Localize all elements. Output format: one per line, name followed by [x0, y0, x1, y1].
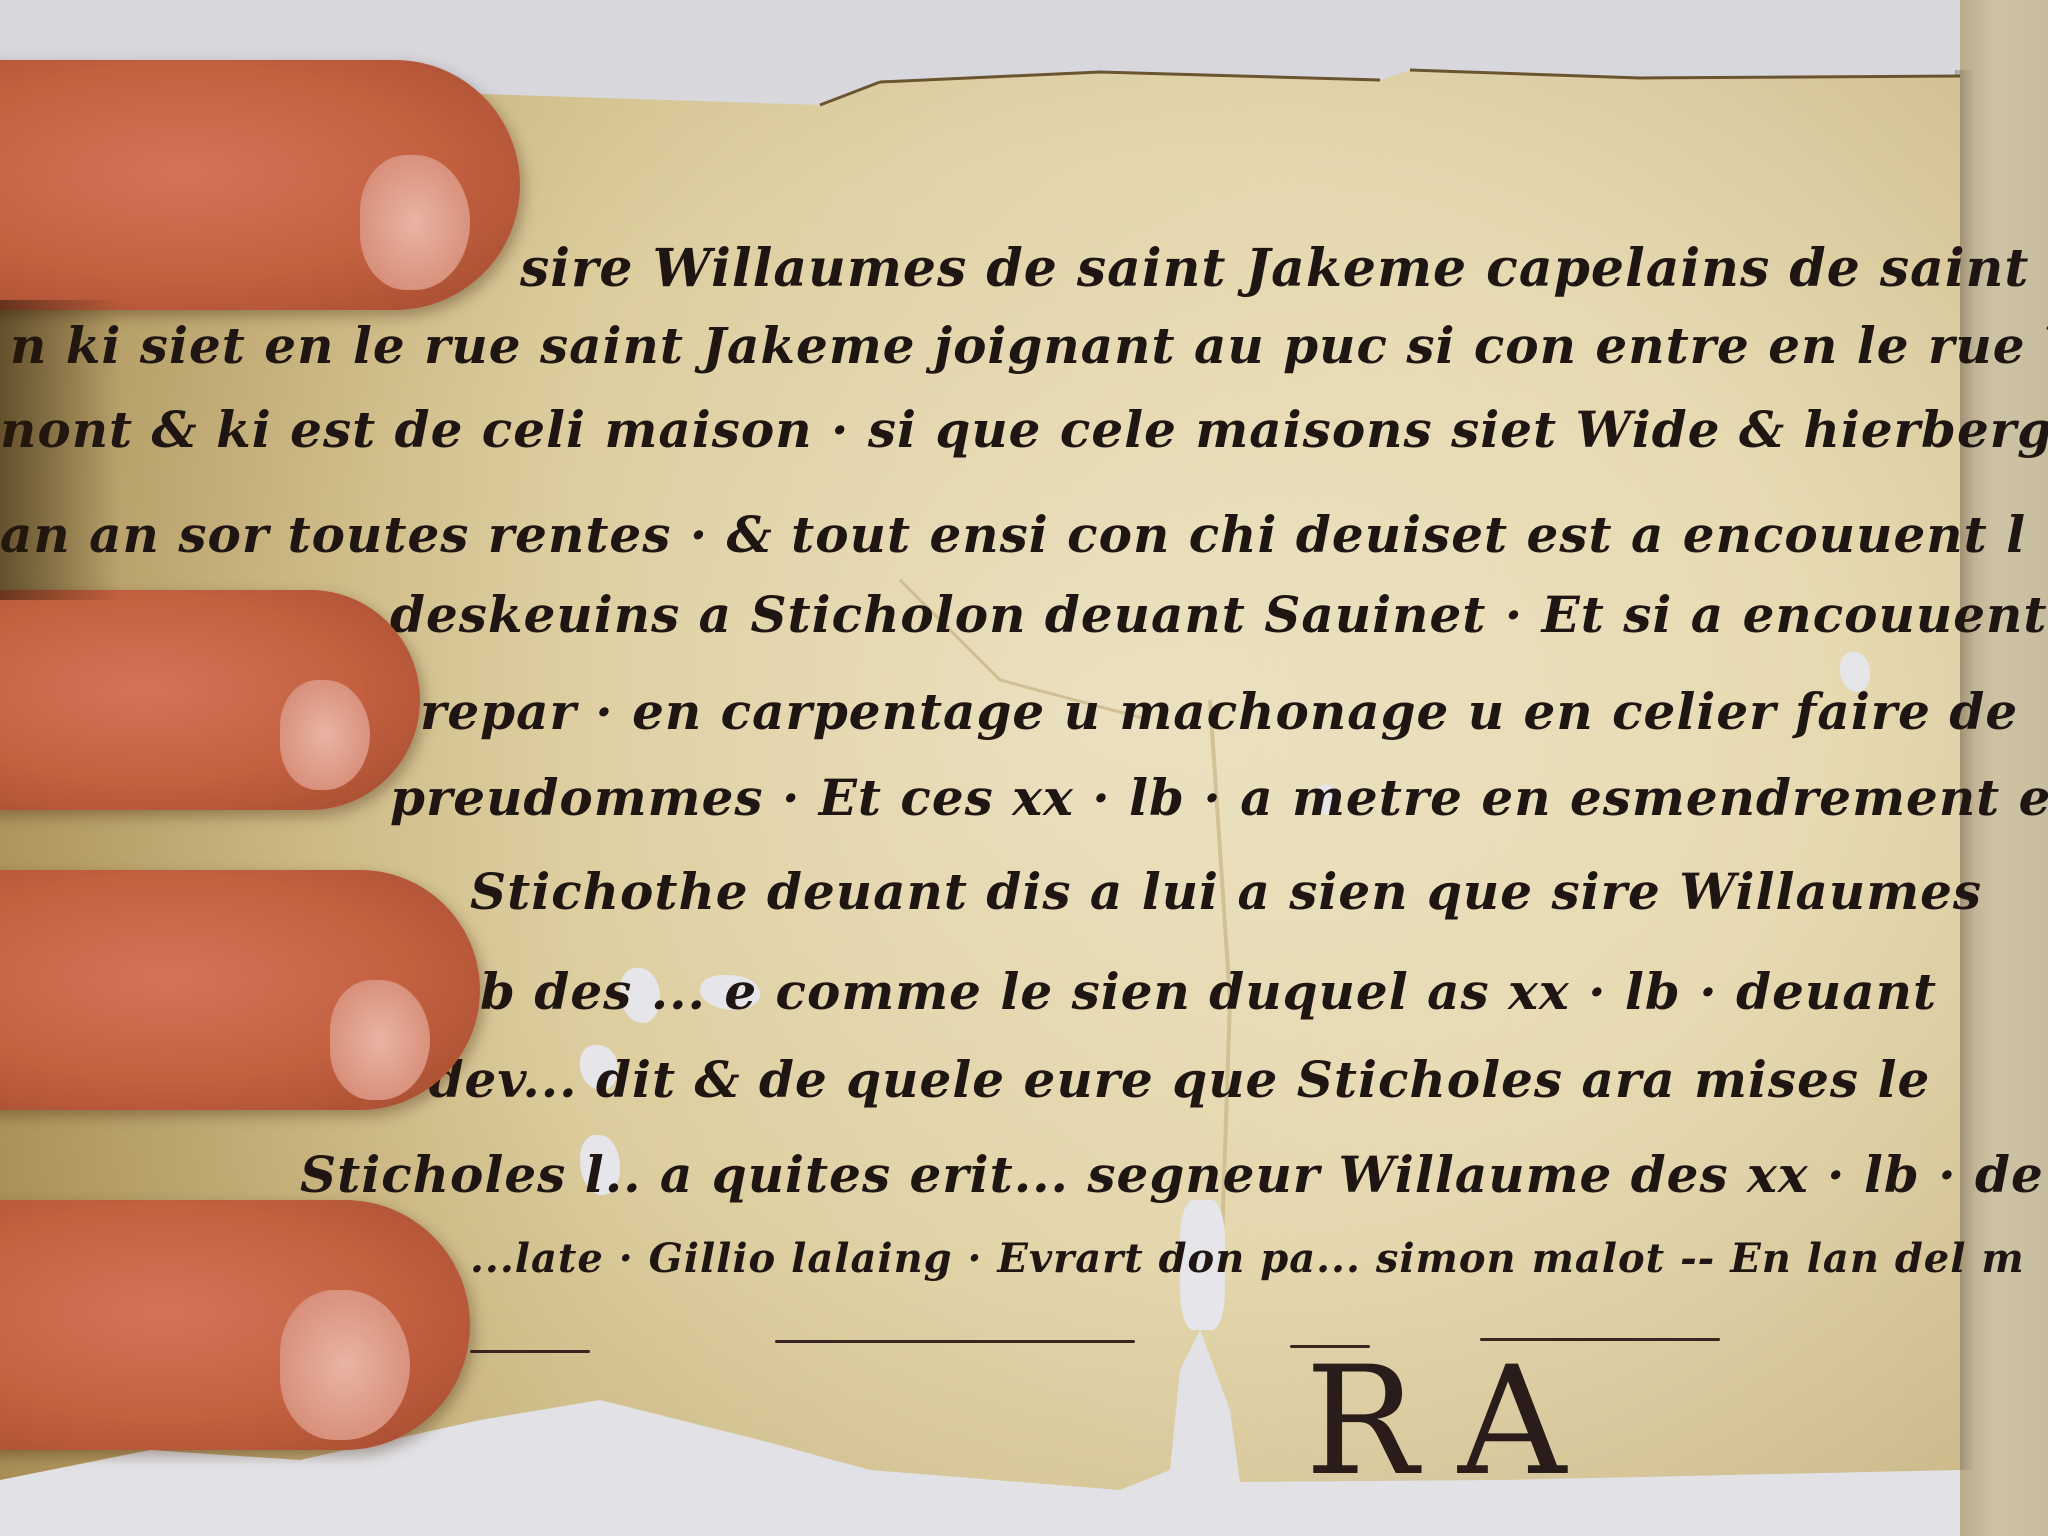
text-line-8: Stichothe deuant dis a lui a sien que si… [470, 862, 1982, 921]
text-line-4: an an sor toutes rentes · & tout ensi co… [0, 505, 2026, 564]
text-line-2: n ki siet en le rue saint Jakeme joignan… [10, 316, 2048, 375]
text-line-12: ...late · Gillio lalaing · Evrart don pa… [470, 1235, 2025, 1282]
finger-ring [0, 870, 480, 1110]
fingernail [360, 155, 470, 290]
text-line-3: nont & ki est de celi maison · si que ce… [0, 400, 2048, 459]
text-line-7: preudommes · Et ces xx · lb · a metre en… [390, 768, 2048, 827]
fingernail [280, 680, 370, 790]
ruled-line [470, 1350, 590, 1353]
fingernail [330, 980, 430, 1100]
text-line-1: sire Willaumes de saint Jakeme capelains… [520, 238, 2048, 299]
text-line-10: ue dev... dit & de quele eure que Sticho… [340, 1050, 1930, 1109]
finger-middle [0, 590, 420, 810]
ruled-line [775, 1340, 1135, 1343]
text-line-9: b des ... e comme le sien duquel as xx ·… [480, 962, 1937, 1021]
thumb [0, 1200, 470, 1450]
hand-shadow [0, 300, 120, 600]
text-line-11: Sticholes l.. a quites erit... segneur W… [300, 1145, 2044, 1204]
fingernail [280, 1290, 410, 1440]
text-line-6: repar · en carpentage u machonage u en c… [420, 682, 2018, 741]
chirograph-letters: RA [1305, 1335, 1606, 1509]
finger-index [0, 60, 520, 310]
text-line-5: deskeuins a Sticholon deuant Sauinet · E… [390, 585, 2048, 644]
